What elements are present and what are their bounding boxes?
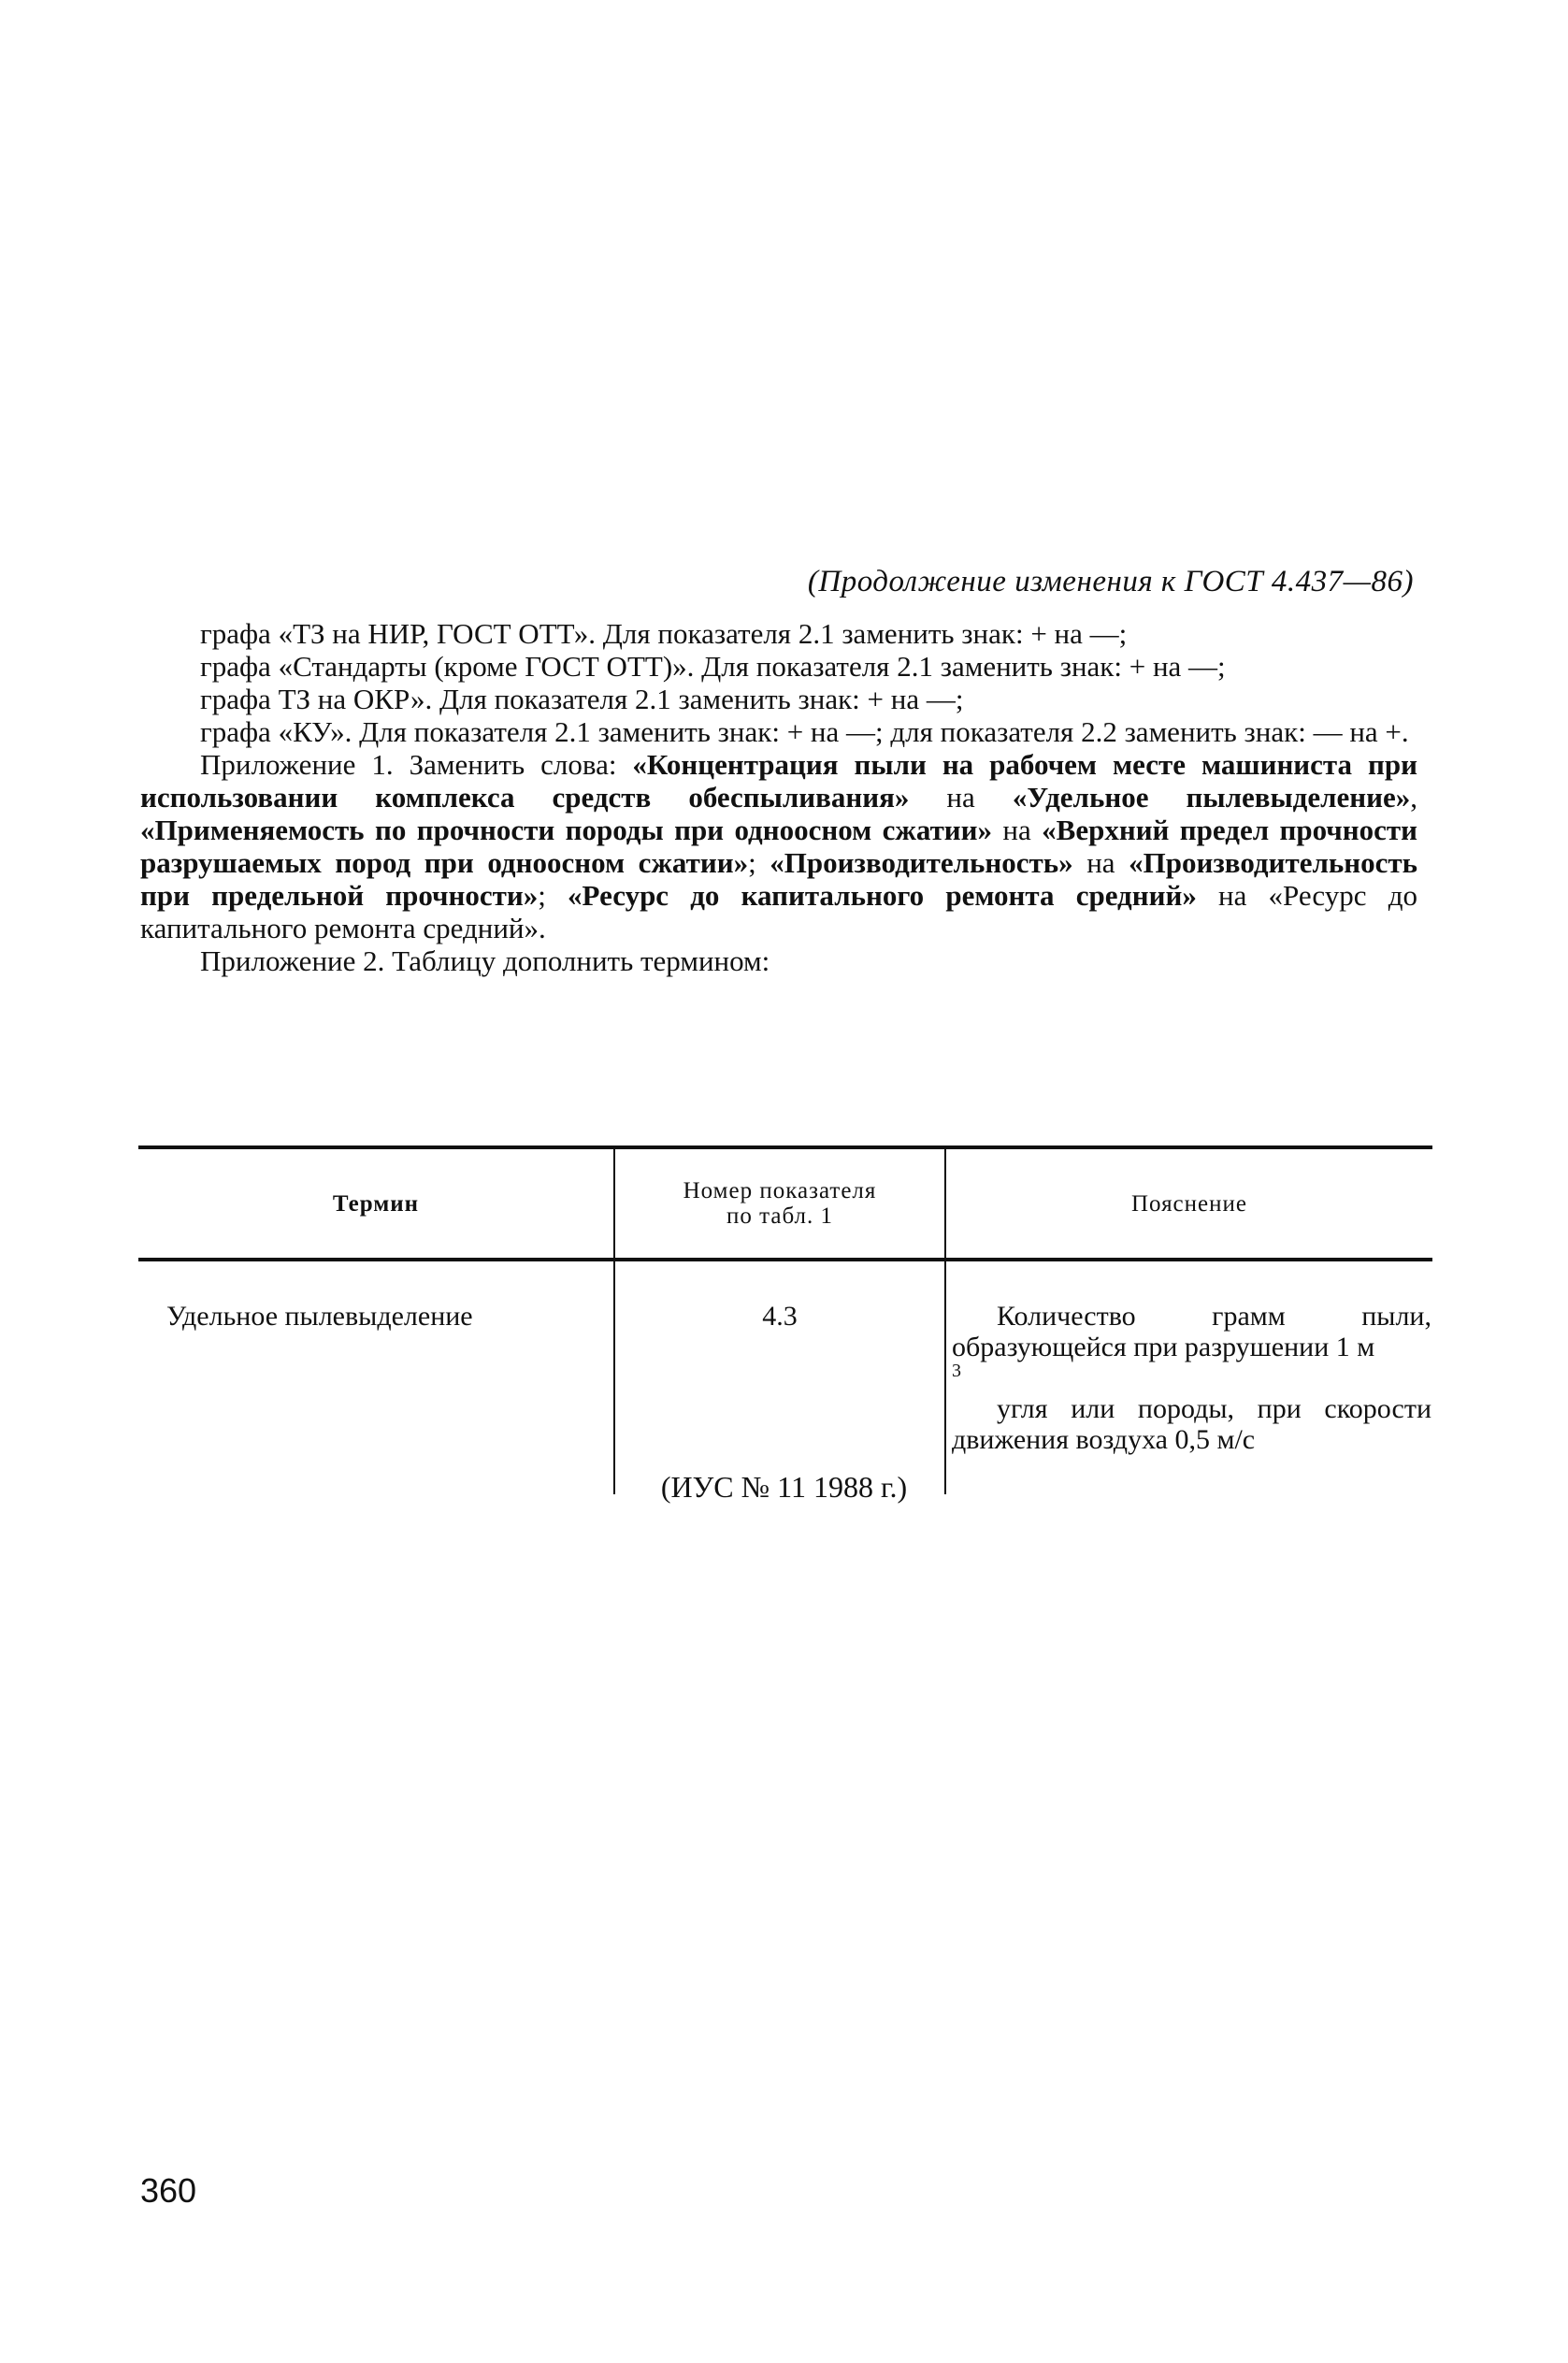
paragraph-tz-nir: графа «ТЗ на НИР, ГОСТ ОТТ». Для показат… [140, 617, 1417, 650]
cell-term: Удельное пылевыделение [138, 1260, 614, 1494]
cell-explanation: Количество грамм пыли, образующейся при … [945, 1260, 1432, 1494]
appendix1-intro: Приложение 1. Заменить слова: [200, 748, 632, 781]
appendix1-old-term-2: «Применяемость по прочности породы при о… [140, 814, 992, 846]
paragraph-appendix-1: Приложение 1. Заменить слова: «Концентра… [140, 748, 1417, 944]
appendix1-sep: ; [538, 879, 568, 912]
explanation-text: Количество грамм пыли, образующейся при … [952, 1301, 1431, 1362]
column-header-indicator: Номер показателя по табл. 1 [614, 1147, 945, 1260]
explanation-text-cont: угля или породы, при скорости движения в… [952, 1393, 1431, 1455]
appendix1-on: на [1073, 846, 1129, 879]
appendix1-on: на [909, 781, 1012, 814]
appendix1-on: на [992, 814, 1042, 846]
appendix1-sep: ; [748, 846, 770, 879]
appendix1-old-term-4: «Ресурс до капитального ремонта средний» [568, 879, 1197, 912]
paragraph-appendix-2: Приложение 2. Таблицу дополнить термином… [140, 944, 1417, 977]
paragraph-tz-okr: графа ТЗ на ОКР». Для показателя 2.1 зам… [140, 683, 1417, 715]
terms-table: Термин Номер показателя по табл. 1 Поясн… [138, 1145, 1432, 1494]
column-header-explanation: Пояснение [945, 1147, 1432, 1260]
table-header-row: Термин Номер показателя по табл. 1 Поясн… [138, 1147, 1432, 1260]
appendix1-sep: , [1410, 781, 1417, 814]
explanation-superscript: 3 [952, 1361, 961, 1381]
source-reference: (ИУС № 11 1988 г.) [0, 1470, 1568, 1505]
paragraph-ku: графа «КУ». Для показателя 2.1 заменить … [140, 715, 1417, 748]
paragraph-standards: графа «Стандарты (кроме ГОСТ ОТТ)». Для … [140, 650, 1417, 683]
page-number: 360 [140, 2171, 196, 2211]
appendix1-new-term-1: «Удельное пылевыделение» [1013, 781, 1410, 814]
cell-indicator-no: 4.3 [614, 1260, 945, 1494]
column-header-indicator-label: Номер показателя по табл. 1 [672, 1178, 887, 1229]
continuation-header: (Продолжение изменения к ГОСТ 4.437—86) [808, 565, 1414, 599]
document-body: графа «ТЗ на НИР, ГОСТ ОТТ». Для показат… [140, 617, 1417, 977]
appendix1-old-term-3: «Производительность» [770, 846, 1072, 879]
column-header-term: Термин [138, 1147, 614, 1260]
table-row: Удельное пылевыделение 4.3 Количество гр… [138, 1260, 1432, 1494]
